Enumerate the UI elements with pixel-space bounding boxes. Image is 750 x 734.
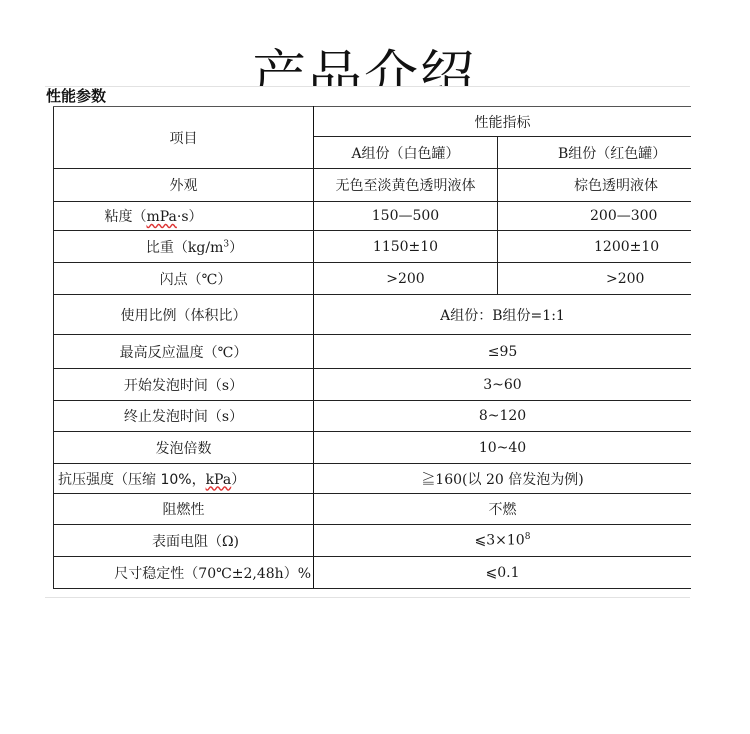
row-value-b: >200 [498,263,692,295]
row-value-merged: 不燃 [314,494,692,525]
row-item: 外观 [54,169,314,202]
table-row: 开始发泡时间（s） 3~60 [54,369,692,401]
row-value-merged: ≧160(以 20 倍发泡为例) [314,464,692,494]
row-item-prefix: 抗压强度（压缩 10%， [58,472,206,488]
row-item-unit: kPa [206,472,232,488]
spec-table-container: 项目 性能指标 A组份（白色罐） B组份（红色罐） 外观 无色至淡黄色透明液体 … [53,106,691,590]
row-value-merged: ⩽3×108 [314,525,692,557]
row-value-merged: ≤95 [314,335,692,369]
table-row: 发泡倍数 10~40 [54,432,692,464]
row-value-a: 1150±10 [314,231,498,263]
row-value-prefix: ⩽3×10 [475,533,525,549]
row-value-merged: ⩽0.1 [314,557,692,589]
section-label: 性能参数 [46,87,106,105]
header-col-a: A组份（白色罐） [314,137,498,169]
table-row: 阻燃性 不燃 [54,494,692,525]
row-item-suffix: ·s） [177,209,203,225]
row-item: 最高反应温度（℃） [54,335,314,369]
row-value-b: 1200±10 [498,231,692,263]
table-row: 比重（kg/m3） 1150±10 1200±10 [54,231,692,263]
spec-table: 项目 性能指标 A组份（白色罐） B组份（红色罐） 外观 无色至淡黄色透明液体 … [53,106,691,589]
header-col-b: B组份（红色罐） [498,137,692,169]
table-row: 粘度（mPa·s） 150—500 200—300 [54,202,692,231]
divider-bottom [45,597,690,598]
row-item-prefix: 比重（kg/m [146,240,223,256]
row-value-a: >200 [314,263,498,295]
table-row: 尺寸稳定性（70℃±2,48h）% ⩽0.1 [54,557,692,589]
row-value-merged: A组份：B组份=1:1 [314,295,692,335]
table-row: 闪点（℃） >200 >200 [54,263,692,295]
header-item: 项目 [54,107,314,169]
table-row: 抗压强度（压缩 10%，kPa） ≧160(以 20 倍发泡为例) [54,464,692,494]
row-value-merged: 8~120 [314,401,692,432]
title-clip: 产品介绍 [0,40,750,86]
row-value-b: 棕色透明液体 [498,169,692,202]
row-value-b: 200—300 [498,202,692,231]
row-value-sup: 8 [525,532,531,542]
row-item-suffix: ） [231,472,245,488]
row-item: 粘度（mPa·s） [54,202,314,231]
row-item: 闪点（℃） [54,263,314,295]
table-row: 使用比例（体积比） A组份：B组份=1:1 [54,295,692,335]
row-item: 表面电阻（Ω) [54,525,314,557]
row-item: 使用比例（体积比） [54,295,314,335]
row-value-merged: 10~40 [314,432,692,464]
row-item: 比重（kg/m3） [54,231,314,263]
table-row: 外观 无色至淡黄色透明液体 棕色透明液体 [54,169,692,202]
row-item: 阻燃性 [54,494,314,525]
header-spec-group: 性能指标 [314,107,692,137]
table-row: 最高反应温度（℃） ≤95 [54,335,692,369]
row-value-a: 150—500 [314,202,498,231]
row-value-merged: 3~60 [314,369,692,401]
table-row: 表面电阻（Ω) ⩽3×108 [54,525,692,557]
divider-top [45,86,690,87]
row-item: 开始发泡时间（s） [54,369,314,401]
row-item: 抗压强度（压缩 10%，kPa） [54,464,314,494]
row-item-unit: mPa [146,209,176,225]
row-item: 发泡倍数 [54,432,314,464]
row-item-suffix: ） [229,240,243,256]
row-item: 尺寸稳定性（70℃±2,48h）% [54,557,314,589]
row-value-a: 无色至淡黄色透明液体 [314,169,498,202]
header-row-1: 项目 性能指标 [54,107,692,137]
table-row: 终止发泡时间（s） 8~120 [54,401,692,432]
row-item: 终止发泡时间（s） [54,401,314,432]
page-title: 产品介绍 [252,46,476,86]
row-item-prefix: 粘度（ [104,209,146,225]
